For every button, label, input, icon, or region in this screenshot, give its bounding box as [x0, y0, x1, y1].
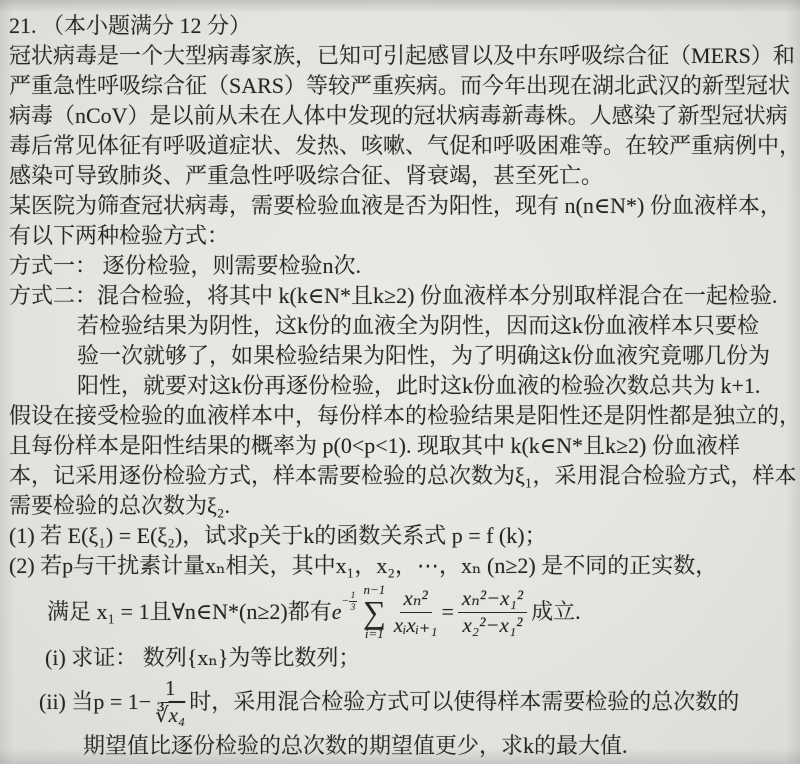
euler-e-variable: e	[332, 597, 342, 627]
assumption-line-1: 假设在接受检验的血液样本中，每份样本的检验结果是阳性还是阴性都是独立的，	[9, 401, 794, 431]
subquestion-ii-line-2: 期望值比逐份检验的总次数的期望值更少，求k的最大值.	[83, 731, 794, 761]
cube-root-icon: ∛	[155, 703, 168, 727]
question-2-line-1: (2) 若p与干扰素计量xₙ相关，其中x₁，x₂，⋯，xₙ (n≥2) 是不同的…	[9, 551, 794, 581]
summand-numerator: xₙ²	[400, 587, 432, 613]
method-two-cont-1: 若检验结果为阴性，这k份的血液全为阴性，因而这k份血液样本只要检	[77, 311, 794, 341]
screening-line-1: 某医院为筛查冠状病毒，需要检验血液是否为阳性，现有 n(n∈N*) 份血液样本，	[9, 191, 794, 221]
formula-prefix: 满足 x₁ = 1且∀n∈N*(n≥2)都有	[47, 597, 332, 627]
assumption-line-2: 且每份样本是阳性结果的概率为 p(0<p<1). 现取其中 k(k∈N*且k≥2…	[9, 431, 794, 461]
right-fraction-denominator: x₂²−x₁²	[462, 613, 522, 638]
recurrence-formula-line: 满足 x₁ = 1且∀n∈N*(n≥2)都有 e − 1 3 n−1 ∑ i=1…	[47, 581, 794, 643]
summation-operator: n−1 ∑ i=1	[363, 583, 386, 641]
p-fraction-numerator: 1	[161, 677, 180, 703]
p-value-fraction: 1 ∛x₄	[155, 677, 185, 727]
intro-line-4: 毒后常见体征有呼吸道症状、发热、咳嗽、气促和呼吸困难等。在较严重病例中，	[9, 131, 794, 161]
subquestion-i-line: (i) 求证： 数列{xₙ}为等比数列；	[45, 643, 794, 673]
question-1-line: (1) 若 E(ξ₁) = E(ξ₂)，试求p关于k的函数关系式 p = f (…	[9, 521, 794, 551]
summand-denominator: xᵢxᵢ₊₁	[394, 613, 438, 638]
intro-line-2: 严重急性呼吸综合征（SARS）等较严重疾病。而今年出现在湖北武汉的新型冠状	[9, 71, 794, 101]
exponent-minus-sign: −	[342, 586, 349, 616]
screening-line-2: 有以下两种检验方式：	[9, 221, 794, 251]
exponent-numerator: 1	[351, 591, 356, 600]
method-two-line: 方式二：混合检验，将其中 k(k∈N*且k≥2) 份血液样本分别取样混合在一起检…	[9, 281, 794, 311]
e-exponent: − 1 3	[342, 586, 357, 616]
method-two-cont-2: 验一次就够了，如果检验结果为阳性，为了明确这k份血液究竟哪几份为	[77, 341, 794, 371]
intro-line-1: 冠状病毒是一个大型病毒家族，已知可引起感冒以及中东呼吸综合征（MERS）和	[9, 41, 794, 71]
problem-number-title: 21. （本小题满分 12 分）	[9, 11, 794, 41]
equals-sign: =	[441, 597, 453, 627]
sigma-icon: ∑	[363, 597, 386, 627]
intro-line-3: 病毒（nCoV）是以前从未在人体中发现的冠状病毒新毒株。人感染了新型冠状病	[9, 101, 794, 131]
method-two-cont-3: 阳性，就要对这k份再逐份检验，此时这k份血液的检验次数总共为 k+1.	[77, 371, 794, 401]
exam-problem-page: 21. （本小题满分 12 分） 冠状病毒是一个大型病毒家族，已知可引起感冒以及…	[0, 0, 800, 764]
exponent-denominator: 3	[351, 603, 356, 612]
assumption-line-4: 需要检验的总次数为ξ₂.	[9, 491, 794, 521]
assumption-line-3: 本，记采用逐份检验方式，样本需要检验的总次数为ξ₁，采用混合检验方式，样本	[9, 461, 794, 491]
right-fraction-numerator: xₙ²−x₁²	[458, 587, 527, 613]
p-fraction-denominator: ∛x₄	[155, 703, 185, 728]
subquestion-ii-line: (ii) 当p = 1− 1 ∛x₄ 时，采用混合检验方式可以使得样本需要检验的…	[39, 673, 794, 731]
subquestion-ii-suffix: 时，采用混合检验方式可以使得样本需要检验的总次数的	[189, 687, 739, 717]
formula-suffix: 成立.	[531, 597, 581, 627]
right-side-fraction: xₙ²−x₁² x₂²−x₁²	[458, 587, 527, 637]
subquestion-ii-prefix: (ii) 当p = 1−	[39, 687, 151, 717]
intro-line-5: 感染可导致肺炎、严重急性呼吸综合征、肾衰竭，甚至死亡。	[9, 161, 794, 191]
exponent-fraction: 1 3	[349, 591, 357, 612]
cube-root-argument: x₄	[169, 703, 186, 727]
summand-fraction: xₙ² xᵢxᵢ₊₁	[394, 587, 438, 637]
summation-lower-limit: i=1	[365, 627, 384, 641]
method-one-line: 方式一： 逐份检验，则需要检验n次.	[9, 251, 794, 281]
